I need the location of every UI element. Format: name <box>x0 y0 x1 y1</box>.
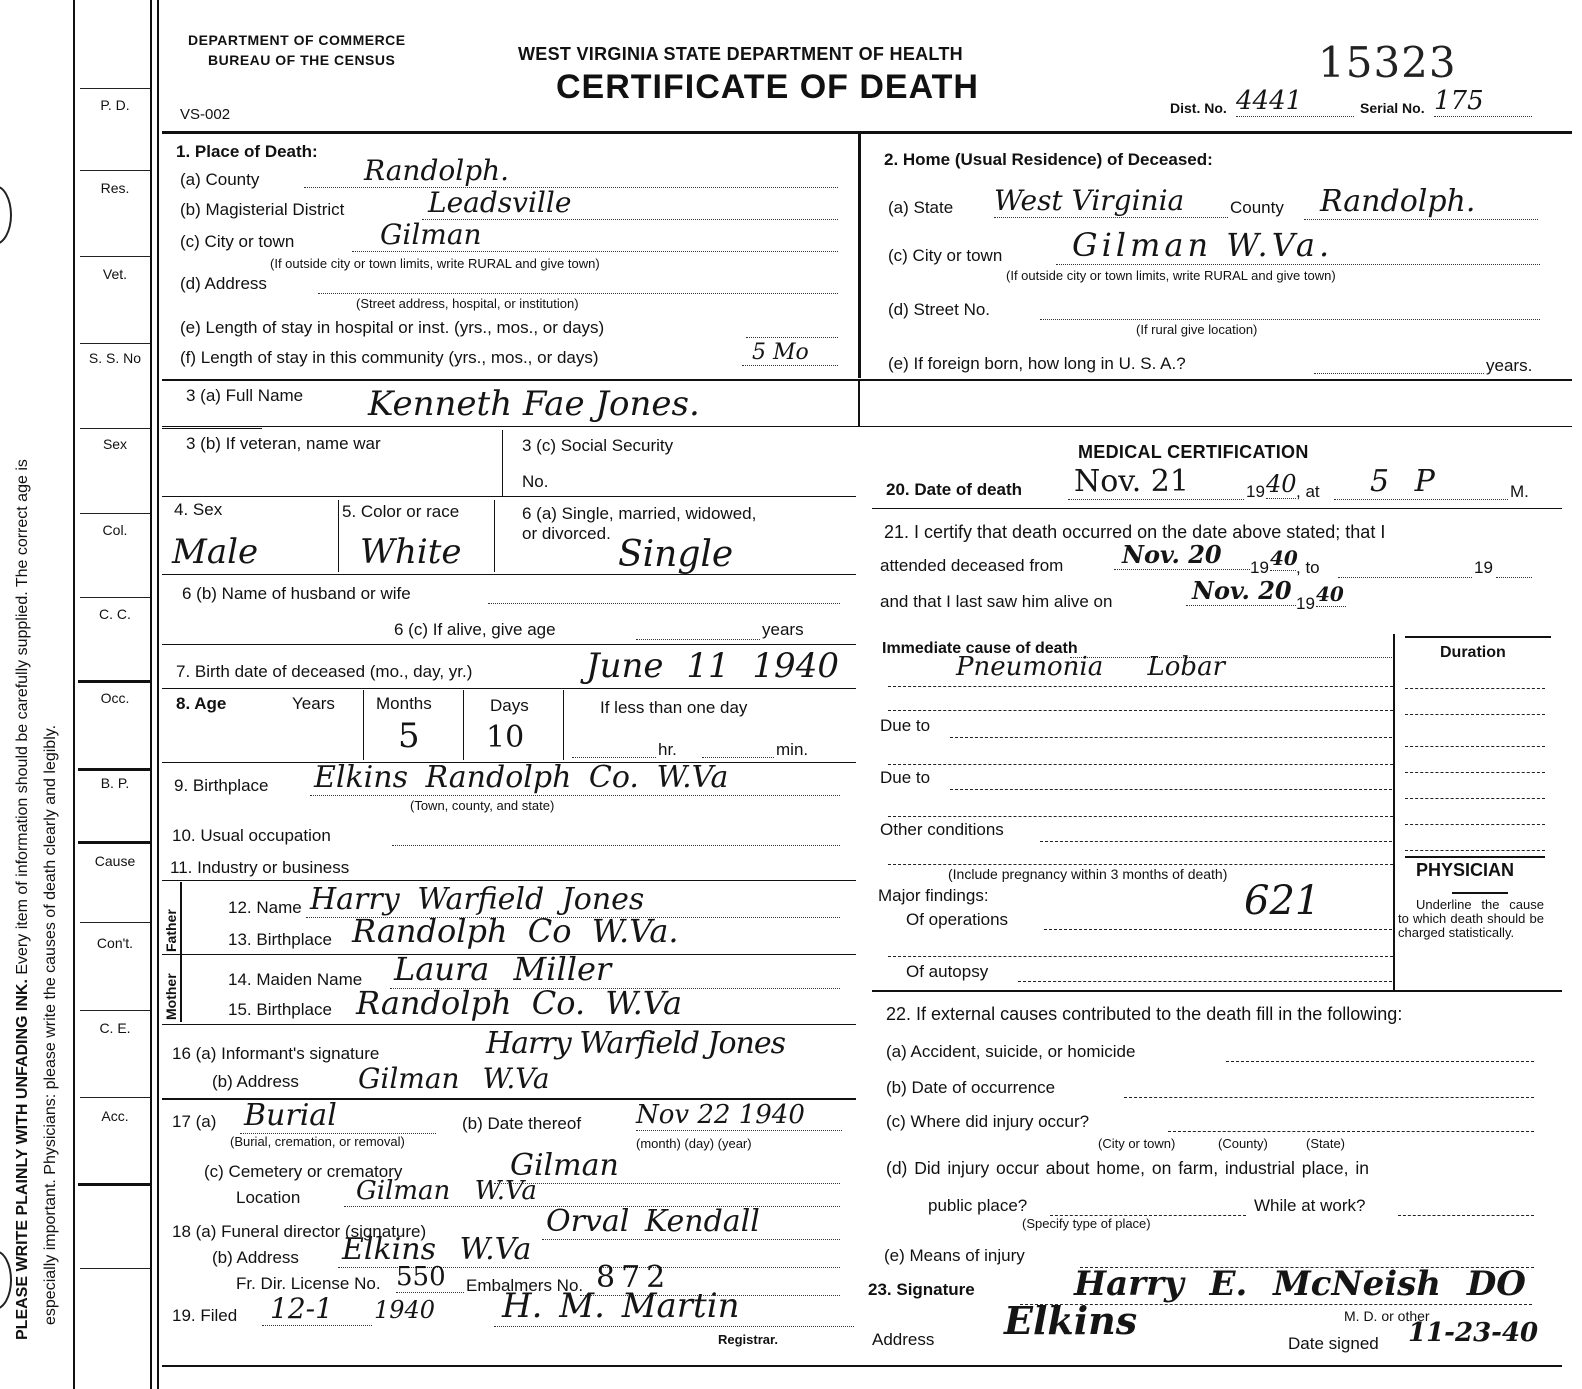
injury-place-field[interactable] <box>1050 1198 1246 1216</box>
age-label-text: 8. Age <box>176 694 226 713</box>
physician-note: Underline the cause to which death shoul… <box>1398 898 1544 940</box>
race-label: 5. Color or race <box>342 502 459 522</box>
side-code-cc: C. C. <box>82 606 148 622</box>
side-code-col: Col. <box>82 522 148 538</box>
margin-instruction-text: Every item of information should be care… <box>14 459 31 975</box>
stamp-number: 15323 <box>1318 38 1457 87</box>
marital-field[interactable]: Single <box>618 534 733 575</box>
external-heading: 22. If external causes contributed to th… <box>886 1004 1402 1025</box>
foreign-born-label: (e) If foreign born, how long in U. S. A… <box>888 354 1186 374</box>
where-note-city: (City or town) <box>1098 1136 1175 1151</box>
birthplace-label: 9. Birthplace <box>174 776 269 796</box>
side-code-pd: P. D. <box>82 97 148 113</box>
stay-hospital-field[interactable] <box>746 320 838 338</box>
autopsy-label: Of autopsy <box>906 962 988 982</box>
physician-address-label: Address <box>872 1330 934 1350</box>
physician-address-field[interactable]: Elkins <box>1004 1298 1137 1343</box>
due-to-2-label: Due to <box>880 768 930 788</box>
full-name-label: 3 (a) Full Name <box>186 386 303 406</box>
spouse-age-label: 6 (c) If alive, give age <box>394 620 556 640</box>
date-signed-label: Date signed <box>1288 1334 1379 1354</box>
home-heading: 2. Home (Usual Residence) of Deceased: <box>884 150 1213 170</box>
occupation-label: 10. Usual occupation <box>172 826 331 846</box>
attended-to-field[interactable] <box>1338 560 1472 578</box>
filed-label: 19. Filed <box>172 1306 237 1326</box>
signature-label-text: 23. Signature <box>868 1280 975 1299</box>
sex-label: 4. Sex <box>174 500 222 520</box>
death-date-field[interactable]: Nov. 21 <box>1068 464 1244 500</box>
death-date-label-text: 20. Date of death <box>886 480 1022 499</box>
stay-community-label: (f) Length of stay in this community (yr… <box>180 348 599 368</box>
foreign-born-field[interactable] <box>1314 356 1484 374</box>
address-label: (d) Address <box>180 274 267 294</box>
margin-instructions: PLEASE WRITE PLAINLY WITH UNFADING INK. … <box>14 40 32 1340</box>
serial-no-label: Serial No. <box>1360 100 1425 116</box>
sex-field[interactable]: Male <box>172 532 258 572</box>
pregnancy-note: (Include pregnancy within 3 months of de… <box>948 866 1227 882</box>
due-to-1-field[interactable] <box>950 716 1392 738</box>
spouse-age-suffix: years <box>762 620 804 640</box>
less-than-day-label: If less than one day <box>600 698 747 718</box>
ssn-label-1: 3 (c) Social Security <box>522 436 673 456</box>
industry-label: 11. Industry or business <box>170 858 349 878</box>
injury-where-label: (c) Where did injury occur? <box>886 1112 1089 1132</box>
mother-tag: Mother <box>163 973 179 1020</box>
spouse-age-field[interactable] <box>636 622 760 640</box>
burial-type-field[interactable]: Burial <box>240 1098 436 1134</box>
cause-code-value: 621 <box>1244 878 1320 924</box>
at-work-label: While at work? <box>1254 1196 1365 1216</box>
funeral-address-label: (b) Address <box>212 1248 299 1268</box>
min-label: min. <box>776 740 808 760</box>
attended-to-year-field[interactable] <box>1496 560 1532 578</box>
attended-to-year-prefix: 19 <box>1474 558 1493 578</box>
industry-field[interactable] <box>420 858 840 876</box>
ssn-label-2: No. <box>522 472 548 492</box>
death-date-label: 20. Date of death <box>886 480 1022 500</box>
side-code-ce: C. E. <box>82 1020 148 1036</box>
birthplace-field[interactable]: Elkins Randolph Co. W.Va <box>310 760 840 796</box>
death-time-suffix: M. <box>1510 482 1529 502</box>
last-seen-year-prefix: 19 <box>1296 594 1315 614</box>
section-rule-1 <box>162 379 1572 381</box>
occurrence-date-field[interactable] <box>1124 1080 1534 1098</box>
form-code: VS-002 <box>180 106 230 123</box>
full-name-label-text: 3 (a) Full Name <box>186 386 303 405</box>
mother-birthplace-field[interactable]: Randolph Co. W.Va <box>356 984 682 1022</box>
magisterial-district-field[interactable]: Leadsville <box>422 186 838 220</box>
certificate-title: CERTIFICATE OF DEATH <box>556 68 979 107</box>
where-note-county: (County) <box>1218 1136 1268 1151</box>
city-note: (If outside city or town limits, write R… <box>270 256 600 271</box>
center-divider-lower <box>858 380 860 426</box>
race-field[interactable]: White <box>360 532 462 572</box>
serial-no-value[interactable]: 175 <box>1434 86 1532 117</box>
death-county-field[interactable]: Randolph. <box>304 154 838 188</box>
informant-address-label: (b) Address <box>212 1072 299 1092</box>
home-city-label: (c) City or town <box>888 246 1002 266</box>
registrar-label: Registrar. <box>718 1332 778 1347</box>
marital-label-1: 6 (a) Single, married, widowed, <box>522 504 756 524</box>
margin-instruction-line2-text: especially important. Physicians: please… <box>42 725 59 1325</box>
cemetery-location-label: Location <box>236 1188 300 1208</box>
birth-date-label: 7. Birth date of deceased (mo., day, yr.… <box>176 662 472 682</box>
home-county-field[interactable]: Randolph. <box>1304 184 1538 220</box>
minutes-field[interactable] <box>702 740 774 758</box>
attended-from-year-field[interactable]: 40 <box>1270 546 1296 571</box>
burial-date-field[interactable]: Nov 22 1940 <box>636 1100 842 1131</box>
death-year-field[interactable]: 40 <box>1266 470 1296 499</box>
burial-date-label: (b) Date thereof <box>462 1114 581 1134</box>
autopsy-field[interactable] <box>1018 964 1392 982</box>
district-label: (b) Magisterial District <box>180 200 344 220</box>
marital-label-2: or divorced. <box>522 524 611 544</box>
death-city-field[interactable]: Gilman <box>352 218 838 252</box>
duration-line-3[interactable] <box>1405 746 1545 747</box>
physician-heading: PHYSICIAN <box>1416 860 1514 881</box>
father-name-label: 12. Name <box>228 898 302 918</box>
stay-community-field[interactable]: 5 Mo <box>742 340 838 366</box>
side-code-acc: Acc. <box>82 1108 148 1124</box>
veteran-label: 3 (b) If veteran, name war <box>186 434 381 454</box>
burial-type-label: 17 (a) <box>172 1112 216 1132</box>
age-label: 8. Age <box>176 694 226 714</box>
age-years-field[interactable] <box>176 720 358 756</box>
attended-from-year-prefix: 19 <box>1250 558 1269 578</box>
dist-no-label: Dist. No. <box>1170 100 1227 116</box>
margin-punch-hole-top <box>0 185 12 245</box>
attended-label: attended deceased from <box>880 556 1063 576</box>
due-to-1-label: Due to <box>880 716 930 736</box>
agency-name: WEST VIRGINIA STATE DEPARTMENT OF HEALTH <box>518 44 963 65</box>
informant-address-field[interactable]: Gilman W.Va <box>358 1062 550 1095</box>
injury-place-label-1: (d) Did injury occur about home, on farm… <box>886 1158 1369 1179</box>
father-birthplace-field[interactable]: Randolph Co W.Va. <box>352 912 679 950</box>
ssn-field[interactable] <box>560 466 850 494</box>
duration-line-6[interactable] <box>1405 824 1545 825</box>
where-note-state: (State) <box>1306 1136 1345 1151</box>
other-conditions-label: Other conditions <box>880 820 1004 840</box>
accident-label: (a) Accident, suicide, or homicide <box>886 1042 1135 1062</box>
mother-birthplace-label: 15. Birthplace <box>228 1000 332 1020</box>
birth-date-field[interactable]: June 11 1940 <box>586 646 839 686</box>
duration-heading: Duration <box>1440 644 1506 662</box>
immediate-cause-field[interactable]: Pneumonia Lobar <box>956 652 1225 682</box>
home-city-note: (If outside city or town limits, write R… <box>1006 268 1336 283</box>
age-years-label: Years <box>292 694 335 714</box>
date-signed-field[interactable]: 11-23-40 <box>1408 1318 1538 1348</box>
side-code-cause: Cause <box>82 853 148 869</box>
side-code-sex: Sex <box>82 436 148 452</box>
spouse-label: 6 (b) Name of husband or wife <box>182 584 411 604</box>
informant-signature-label: 16 (a) Informant's signature <box>172 1044 379 1064</box>
father-tag: Father <box>163 909 179 952</box>
side-code-res: Res. <box>82 180 148 196</box>
father-birthplace-label: 13. Birthplace <box>228 930 332 950</box>
center-divider <box>858 134 861 378</box>
accident-field[interactable] <box>1226 1044 1534 1062</box>
home-state-field[interactable]: West Virginia <box>994 184 1228 218</box>
birthplace-note: (Town, county, and state) <box>410 798 554 813</box>
foreign-born-suffix: years. <box>1486 356 1532 376</box>
at-work-field[interactable] <box>1398 1198 1534 1216</box>
cemetery-location-field[interactable]: Gilman W.Va <box>344 1176 840 1207</box>
city-label: (c) City or town <box>180 232 294 252</box>
street-note: (If rural give location) <box>1136 322 1257 337</box>
street-no-label: (d) Street No. <box>888 300 990 320</box>
duration-line-7[interactable] <box>1405 850 1545 851</box>
other-conditions-field[interactable] <box>1040 820 1392 842</box>
death-time-field[interactable]: 5 P <box>1334 464 1508 500</box>
major-findings-label: Major findings: <box>878 886 989 906</box>
side-code-occ: Occ. <box>82 690 148 706</box>
license-label: Fr. Dir. License No. <box>236 1274 381 1294</box>
side-code-cont: Con't. <box>82 935 148 951</box>
margin-punch-hole-bottom <box>0 1250 12 1310</box>
place-note: (Specify type of place) <box>1022 1216 1151 1231</box>
age-months-field[interactable]: 5 <box>398 716 420 756</box>
side-code-bp: B. P. <box>82 775 148 791</box>
filed-year-field[interactable]: 1940 <box>374 1296 435 1324</box>
home-city-field[interactable]: Gilman W.Va. <box>1056 226 1540 265</box>
side-column-right-border <box>150 0 152 1389</box>
address-note: (Street address, hospital, or institutio… <box>356 296 579 311</box>
duration-line-1[interactable] <box>1405 688 1545 689</box>
place-of-death-heading: 1. Place of Death: <box>176 142 318 162</box>
mother-name-label: 14. Maiden Name <box>228 970 362 990</box>
duration-line-5[interactable] <box>1405 798 1545 799</box>
form-left-border <box>157 0 159 1389</box>
bottom-rule <box>162 1365 1562 1367</box>
license-field[interactable]: 550 <box>396 1262 464 1293</box>
death-year-prefix: 19 <box>1246 482 1265 502</box>
death-address-field[interactable] <box>318 276 838 294</box>
home-state-label: (a) State <box>888 198 953 218</box>
age-days-label: Days <box>490 696 529 716</box>
dept-commerce: DEPARTMENT OF COMMERCE <box>188 32 406 48</box>
occurrence-date-label: (b) Date of occurrence <box>886 1078 1055 1098</box>
street-no-field[interactable] <box>1040 302 1540 320</box>
margin-instruction-bold: PLEASE WRITE PLAINLY WITH UNFADING INK. <box>14 979 31 1340</box>
full-name-field[interactable]: Kenneth Fae Jones. <box>368 384 700 424</box>
bureau-census: BUREAU OF THE CENSUS <box>208 52 395 68</box>
medical-heading: MEDICAL CERTIFICATION <box>1078 442 1309 463</box>
hr-label: hr. <box>658 740 677 760</box>
header-rule <box>162 131 1572 134</box>
side-column-left-border <box>73 0 75 1389</box>
means-label: (e) Means of injury <box>884 1246 1025 1266</box>
occupation-field[interactable] <box>392 828 840 846</box>
hours-field[interactable] <box>572 740 656 758</box>
county-label: (a) County <box>180 170 259 190</box>
side-code-vet: Vet. <box>82 266 148 282</box>
informant-signature-field[interactable]: Harry Warfield Jones <box>486 1026 785 1061</box>
age-months-label: Months <box>376 694 432 714</box>
operations-field[interactable] <box>1044 912 1392 930</box>
margin-instructions-line2: especially important. Physicians: please… <box>42 325 60 1325</box>
age-days-field[interactable]: 10 <box>486 720 524 755</box>
injury-where-field[interactable] <box>1168 1114 1534 1132</box>
last-seen-field[interactable]: Nov. 20 <box>1186 576 1296 606</box>
dist-no-value[interactable]: 4441 <box>1236 86 1354 117</box>
home-county-label: County <box>1230 198 1284 218</box>
attended-from-field[interactable]: Nov. 20 <box>1114 540 1250 570</box>
last-seen-label: and that I last saw him alive on <box>880 592 1112 612</box>
injury-place-label-2: public place? <box>928 1196 1027 1216</box>
stay-hospital-label: (e) Length of stay in hospital or inst. … <box>180 318 604 338</box>
side-code-ssno: S. S. No <box>82 350 148 366</box>
duration-line-4[interactable] <box>1405 772 1545 773</box>
spouse-field[interactable] <box>488 586 840 604</box>
due-to-2-field[interactable] <box>950 768 1392 790</box>
filed-date-field[interactable]: 12-1 <box>262 1292 372 1326</box>
attended-to-label: , to <box>1296 558 1320 578</box>
registrar-signature[interactable]: H. M. Martin <box>494 1286 854 1327</box>
burial-type-note: (Burial, cremation, or removal) <box>230 1134 405 1149</box>
operations-label: Of operations <box>906 910 1008 930</box>
veteran-field[interactable] <box>186 456 496 492</box>
duration-line-2[interactable] <box>1405 714 1545 715</box>
death-at-label: , at <box>1296 482 1320 502</box>
last-seen-year-field[interactable]: 40 <box>1316 582 1346 607</box>
signature-label: 23. Signature <box>868 1280 975 1300</box>
